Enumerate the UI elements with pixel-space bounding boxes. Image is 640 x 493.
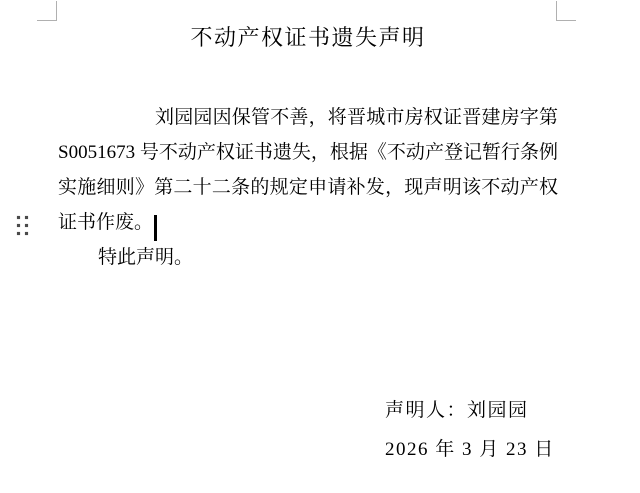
signatory-line[interactable]: 声明人：刘园园 — [385, 400, 529, 422]
drag-handle-dot — [25, 216, 28, 219]
closing-line[interactable]: 特此声明。 — [58, 240, 558, 275]
document-title[interactable]: 不动产权证书遗失声明 — [58, 25, 558, 51]
drag-handle-dot — [25, 232, 28, 235]
paragraph-line[interactable]: S0051673 号不动产权证书遗失，根据《不动产登记暂行条例 — [58, 135, 558, 170]
drag-handle-dot — [17, 224, 20, 227]
paragraph-line[interactable]: 刘园园因保管不善，将晋城市房权证晋建房字第 — [58, 100, 558, 135]
document-page[interactable]: 不动产权证书遗失声明 刘园园因保管不善，将晋城市房权证晋建房字第 S005167… — [0, 0, 640, 493]
drag-handle-dot — [17, 216, 20, 219]
drag-handle-dot — [17, 232, 20, 235]
text-cursor — [154, 215, 157, 241]
paragraph-line[interactable]: 实施细则》第二十二条的规定申请补发，现声明该不动产权 — [58, 170, 558, 205]
drag-handle-dot — [25, 224, 28, 227]
document-body[interactable]: 刘园园因保管不善，将晋城市房权证晋建房字第 S0051673 号不动产权证书遗失… — [58, 100, 558, 275]
drag-handle-icon[interactable] — [17, 216, 28, 235]
crop-mark-top-right-icon — [556, 1, 576, 21]
paragraph-line[interactable]: 证书作废。 — [58, 205, 558, 240]
date-line[interactable]: 2026 年 3 月 23 日 — [385, 439, 555, 461]
crop-mark-top-left-icon — [37, 1, 57, 21]
